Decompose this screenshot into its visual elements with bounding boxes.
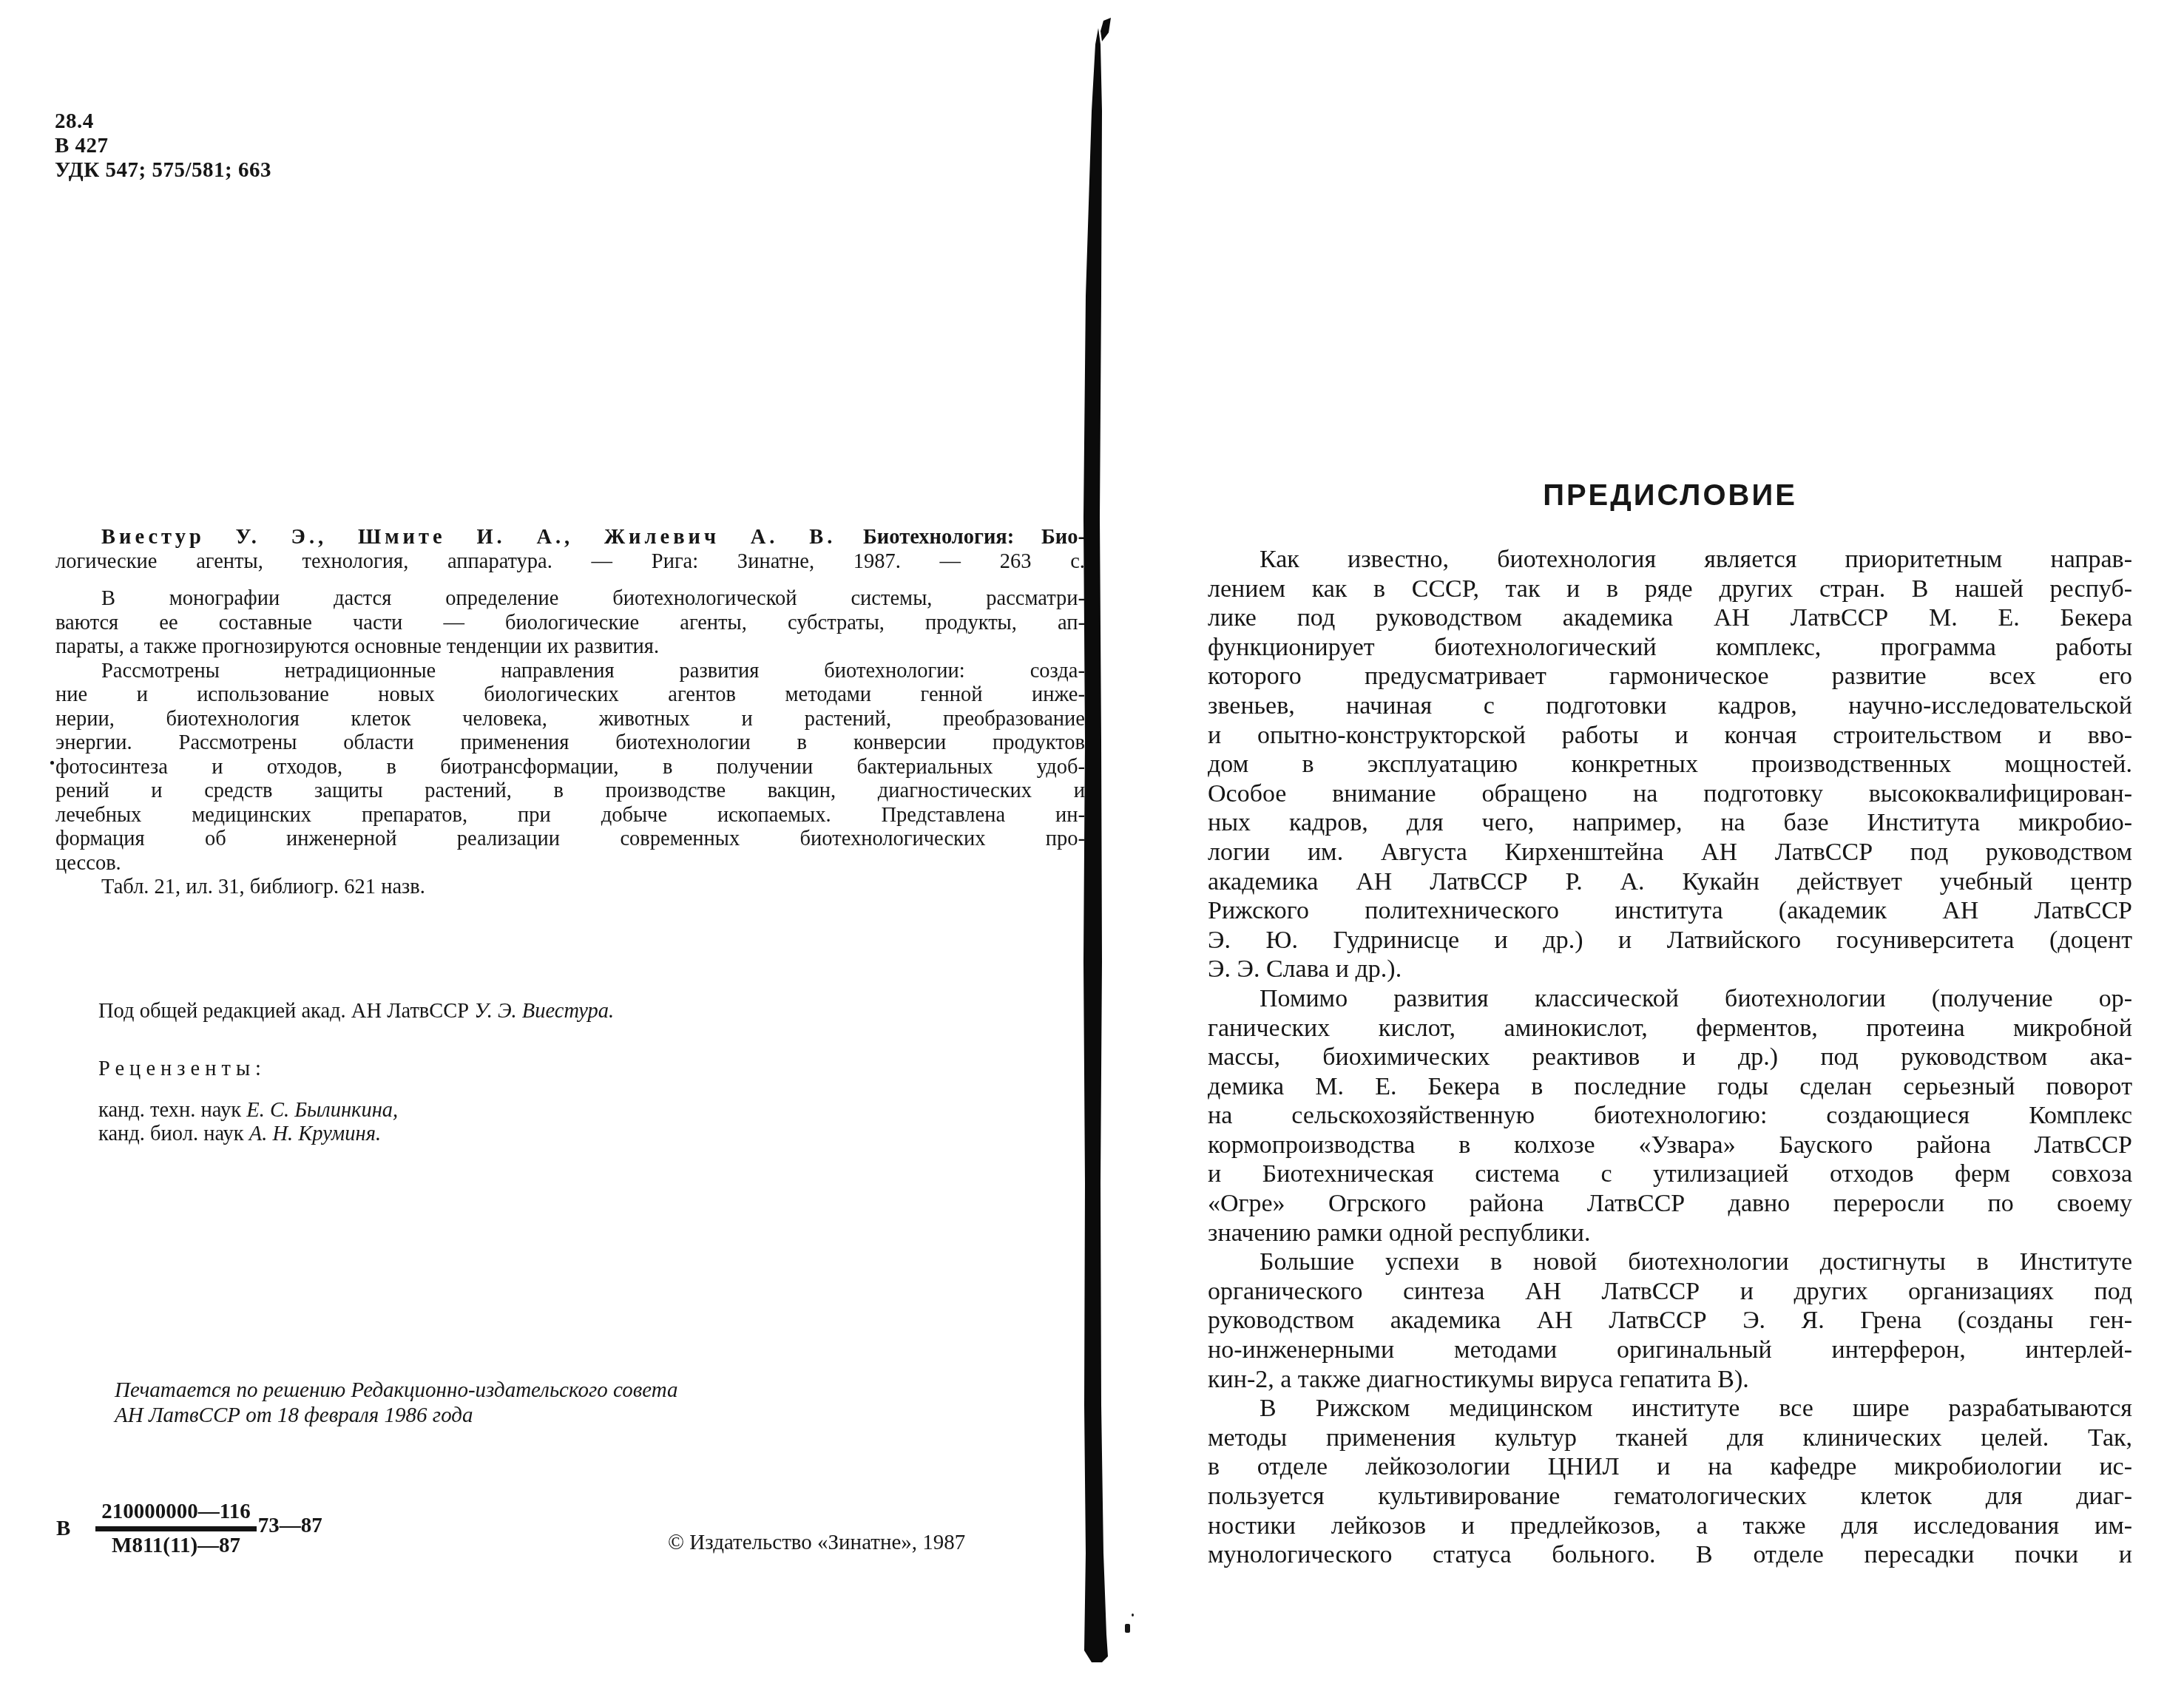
annotation-line: нерии, биотехнология клеток человека, жи… (55, 708, 1085, 732)
reviewer-name: А. Н. Круминя. (249, 1123, 381, 1145)
body-line: Большие успехи в новой биотехнологии дос… (1208, 1247, 2132, 1277)
annotation-line: параты, а также прогнозируются основные … (55, 635, 1085, 660)
annotation-line: фотосинтеза и отходов, в биотрансформаци… (55, 756, 1085, 780)
biblio-line: Виестур У. Э., Шмите И. А., Жилевич А. В… (55, 525, 1085, 549)
catalog-suffix: 73—87 (258, 1514, 322, 1538)
annotation-block: В монографии дастся определение биотехно… (55, 587, 1085, 900)
scan-speck (1132, 1614, 1134, 1616)
body-line: Помимо развития классической биотехнолог… (1208, 984, 2132, 1014)
body-line: логии им. Августа Кирхенштейна АН ЛатвСС… (1208, 838, 2132, 867)
body-line: Как известно, биотехнология является при… (1208, 545, 2132, 575)
reviewer-degree: канд. техн. наук (98, 1099, 246, 1122)
scan-speck (50, 761, 54, 765)
annotation-line: ние и использование новых биологических … (55, 683, 1085, 708)
body-line: ных кадров, для чего, например, на базе … (1208, 808, 2132, 838)
preface-title: ПРЕДИСЛОВИЕ (1208, 479, 2132, 512)
catalog-letter: В (56, 1517, 70, 1541)
body-line: академика АН ЛатвССР Р. А. Кукайн действ… (1208, 867, 2132, 897)
body-line: Особое внимание обращено на подготовку в… (1208, 779, 2132, 809)
body-line: В Рижском медицинском институте все шире… (1208, 1394, 2132, 1423)
stats-line: Табл. 21, ил. 31, библиогр. 621 назв. (55, 876, 1085, 900)
book-title: Биотехнология: Био- (836, 526, 1085, 549)
reviewer-name: Е. С. Былинкина, (246, 1099, 398, 1122)
body-line: кин-2, а также диагностикумы вируса гепа… (1208, 1365, 2132, 1395)
author-sign: В 427 (55, 134, 271, 158)
body-line: и Биотехническая система с утилизацией о… (1208, 1159, 2132, 1189)
body-line: мунологического статуса больного. В отде… (1208, 1540, 2132, 1570)
reviewers-heading: Рецензенты: (98, 1057, 266, 1081)
body-line: демика М. Е. Бекера в последние годы сде… (1208, 1072, 2132, 1102)
annotation-line: цессов. (55, 852, 1085, 876)
body-line: органического синтеза АН ЛатвССР и други… (1208, 1277, 2132, 1307)
catalog-code: В 210000000—116 М811(11)—87 73—87 (56, 1500, 322, 1558)
annotation-line: Рассмотрены нетрадиционные направления р… (55, 660, 1085, 684)
body-line: ностики лейкозов и предлейкозов, а также… (1208, 1511, 2132, 1541)
annotation-line: лечебных медицинских препаратов, при доб… (55, 804, 1085, 828)
catalog-fraction: 210000000—116 М811(11)—87 (95, 1500, 256, 1558)
body-line: «Огре» Огрского района ЛатвССР давно пер… (1208, 1189, 2132, 1219)
body-line: Рижского политехнического института (ака… (1208, 896, 2132, 926)
body-line: Э. Ю. Гудринисце и др.) и Латвийского го… (1208, 926, 2132, 955)
book-gutter-shadow (1065, 0, 1139, 1703)
body-line: звеньев, начиная с подготовки кадров, на… (1208, 691, 2132, 721)
editor-prefix: Под общей редакцией акад. АН ЛатвССР (98, 1000, 474, 1023)
body-line: функционирует биотехнологический комплек… (1208, 633, 2132, 663)
authors-names: Виестур У. Э., Шмите И. А., Жилевич А. В… (101, 526, 836, 549)
book-spread-scan: { "page": {"paper_color": "#ffffff", "in… (0, 0, 2184, 1703)
body-line: Э. Э. Слава и др.). (1208, 955, 2132, 984)
fraction-numerator: 210000000—116 (95, 1500, 256, 1531)
body-line: ганических кислот, аминокислот, ферменто… (1208, 1014, 2132, 1043)
body-line: методы применения культур тканей для кли… (1208, 1423, 2132, 1453)
print-note-line: Печатается по решению Редакционно-издате… (115, 1378, 678, 1403)
annotation-line: ваются ее составные части — биологически… (55, 612, 1085, 636)
body-line: которого предусматривает гармоническое р… (1208, 662, 2132, 691)
classification-block: 28.4 В 427 УДК 547; 575/581; 663 (55, 109, 271, 183)
annotation-line: формация об инженерной реализации соврем… (55, 827, 1085, 852)
print-resolution-note: Печатается по решению Редакционно-издате… (115, 1378, 678, 1428)
body-line: лением как в СССР, так и в ряде других с… (1208, 575, 2132, 604)
reviewer-degree: канд. биол. наук (98, 1123, 249, 1145)
body-line: и опытно-конструкторской работы и кончая… (1208, 721, 2132, 751)
body-line: дом в эксплуатацию конкретных производст… (1208, 750, 2132, 779)
reviewer-line: канд. биол. наук А. Н. Круминя. (98, 1123, 381, 1146)
body-line: кормопроизводства в колхозе «Узвара» Бау… (1208, 1131, 2132, 1160)
body-line: в отделе лейкозологии ЦНИЛ и на кафедре … (1208, 1452, 2132, 1482)
preface-body: Как известно, биотехнология является при… (1208, 545, 2132, 1570)
udc-number: УДК 547; 575/581; 663 (55, 158, 271, 183)
editor-line: Под общей редакцией акад. АН ЛатвССР У. … (98, 1000, 614, 1023)
scan-speck (1125, 1624, 1130, 1633)
annotation-line: В монографии дастся определение биотехно… (55, 587, 1085, 612)
body-line: лике под руководством академика АН ЛатвС… (1208, 603, 2132, 633)
bbk-number: 28.4 (55, 109, 271, 134)
copyright-line: © Издательство «Зинатне», 1987 (668, 1531, 965, 1555)
annotation-line: рений и средств защиты растений, в произ… (55, 779, 1085, 804)
body-line: значению рамки одной республики. (1208, 1219, 2132, 1248)
bibliographic-record: Виестур У. Э., Шмите И. А., Жилевич А. В… (55, 525, 1085, 574)
editor-name: У. Э. Виестура. (474, 1000, 614, 1023)
fraction-denominator: М811(11)—87 (95, 1531, 256, 1558)
biblio-line: логические агенты, технология, аппаратур… (55, 549, 1085, 574)
annotation-line: энергии. Рассмотрены области применения … (55, 731, 1085, 756)
print-note-line: АН ЛатвССР от 18 февраля 1986 года (115, 1403, 678, 1428)
reviewer-line: канд. техн. наук Е. С. Былинкина, (98, 1099, 398, 1123)
body-line: руководством академика АН ЛатвССР Э. Я. … (1208, 1306, 2132, 1335)
body-line: на сельскохозяйственную биотехнологию: с… (1208, 1101, 2132, 1131)
body-line: но-инженерными методами оригинальный инт… (1208, 1335, 2132, 1365)
body-line: массы, биохимических реактивов и др.) по… (1208, 1043, 2132, 1072)
body-line: пользуется культивирование гематологичес… (1208, 1482, 2132, 1511)
